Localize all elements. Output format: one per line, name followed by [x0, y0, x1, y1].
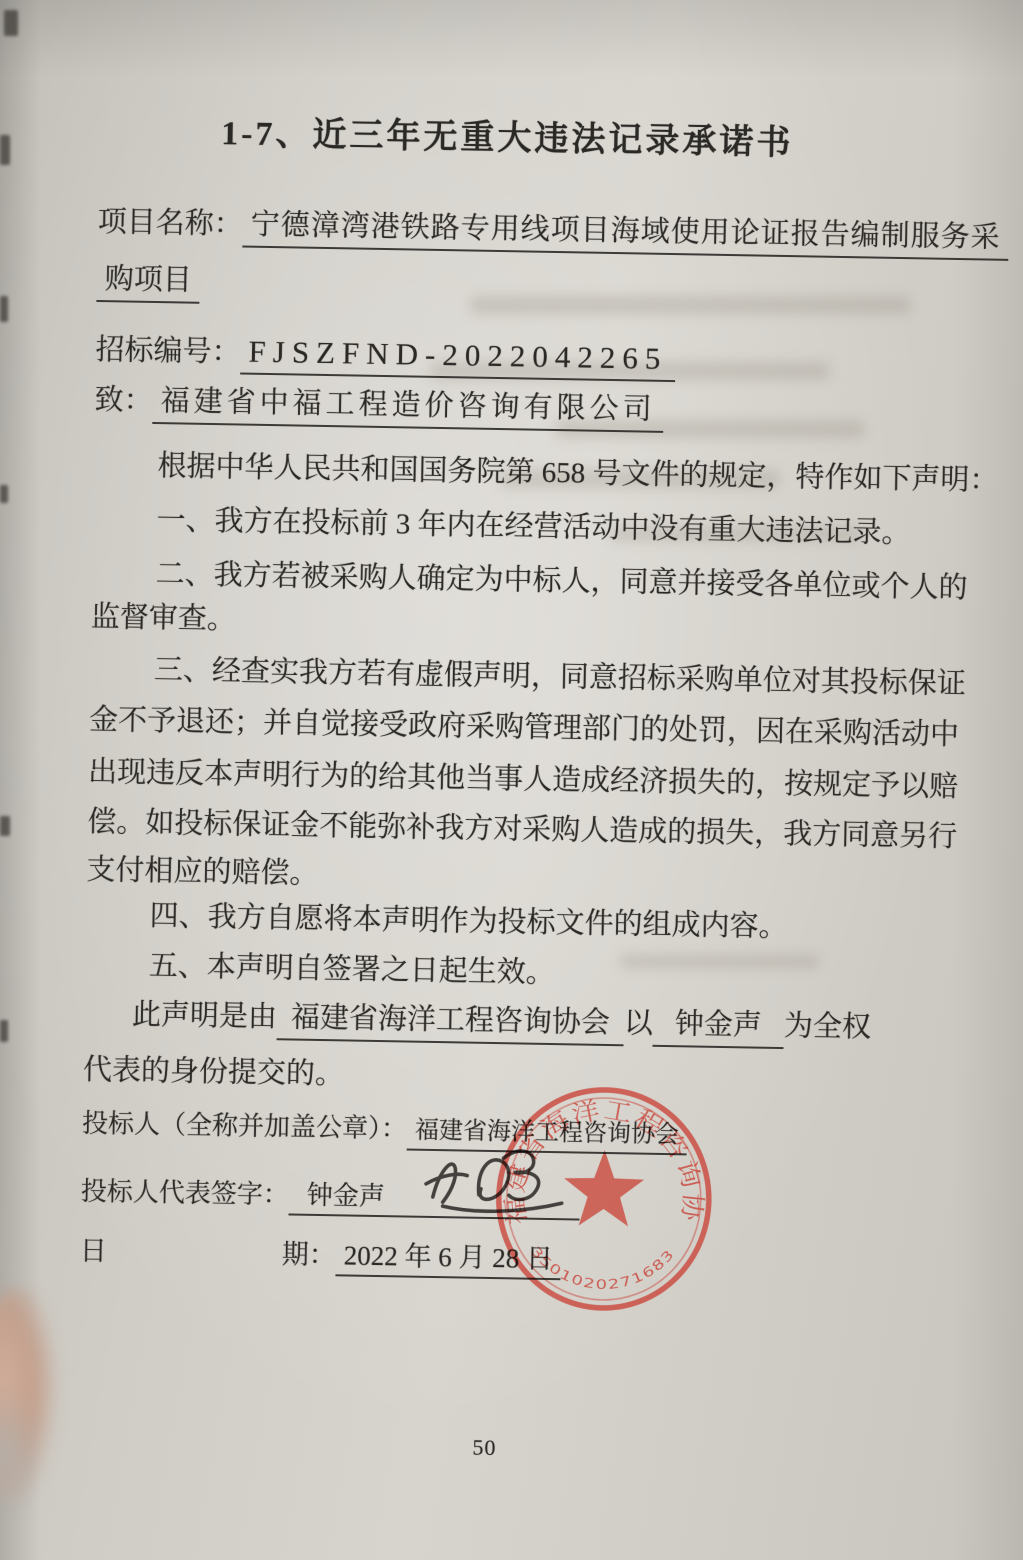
signature-printed-name: 钟金声: [307, 1181, 386, 1211]
clause-3-line1: 三、经查实我方若有虚假声明，同意招标采购单位对其投标保证: [154, 653, 966, 702]
edge-smudge-mark: [0, 1020, 8, 1042]
declaration-prefix: 此声明是由: [132, 999, 278, 1034]
addressee-value: 福建省中福工程造价咨询有限公司: [152, 384, 664, 433]
bid-number-label: 招标编号：: [95, 334, 241, 369]
edge-smudge-mark: [0, 296, 8, 322]
bidder-line: 投标人（全称并加盖公章）：福建省海洋工程咨询协会: [82, 1108, 688, 1155]
date-value: 2022 年 6 月 28 日: [335, 1239, 561, 1280]
declaration-suffix: 为全权: [784, 1010, 872, 1044]
clause-3-line4: 偿。如投标保证金不能弥补我方对采购人造成的损失，我方同意另行: [87, 805, 957, 855]
edge-smudge-mark: [0, 485, 8, 503]
declaration-line2: 代表的身份提交的。: [83, 1053, 345, 1092]
page-number: 50: [76, 1428, 892, 1469]
clause-5: 五、本声明自签署之日起生效。: [148, 949, 555, 991]
clause-3-line5: 支付相应的赔偿。: [86, 853, 319, 892]
declaration-org: 福建省海洋工程咨询协会: [277, 1000, 625, 1046]
project-name-line2: 购项目: [96, 262, 200, 304]
clause-2-line2: 监督审查。: [91, 600, 237, 637]
signature-line: 投标人代表签字：钟金声: [81, 1176, 581, 1221]
declaration-mid: 以: [624, 1007, 654, 1040]
clause-4: 四、我方自愿将本声明作为投标文件的组成内容。: [149, 899, 788, 945]
project-name-value-line2: 购项目: [96, 262, 200, 304]
signature-label: 投标人代表签字：: [81, 1177, 289, 1210]
clause-2-line1: 二、我方若被采购人确定为中标人，同意并接受各单位或个人的: [155, 557, 967, 606]
declaration-representative: 钟金声: [653, 1007, 785, 1049]
bid-number-line: 招标编号：FJSZFND-2022042265: [95, 330, 675, 382]
edge-smudge-mark: [0, 816, 10, 836]
clause-3-line3: 出现违反本声明行为的给其他当事人造成经济损失的，按规定予以赔: [88, 755, 958, 805]
photographed-document-page: { "title": "1-7、近三年无重大违法记录承诺书", "fields"…: [0, 0, 1023, 1560]
document-title: 1-7、近三年无重大违法记录承诺书: [99, 112, 916, 167]
edge-smudge-mark: [0, 135, 10, 165]
bid-number-value: FJSZFND-2022042265: [240, 332, 675, 382]
date-label-left: 日: [80, 1236, 108, 1266]
edge-smudge-mark: [4, 10, 18, 36]
signature-space: [385, 1205, 570, 1208]
clause-1: 一、我方在投标前 3 年内在经营活动中没有重大违法记录。: [156, 503, 911, 551]
bidder-label: 投标人（全称并加盖公章）：: [82, 1109, 407, 1144]
date-label-right: 期：: [282, 1239, 337, 1270]
date-line: 日期：2022 年 6 月 28 日: [79, 1235, 561, 1281]
document-content: 1-7、近三年无重大违法记录承诺书 项目名称：宁德漳湾港铁路专用线项目海域使用论…: [76, 95, 916, 1509]
signature-area: 钟金声: [288, 1179, 580, 1220]
addressee-line: 致：福建省中福工程造价咨询有限公司: [94, 383, 664, 433]
project-name-line: 项目名称：宁德漳湾港铁路专用线项目海域使用论证报告编制服务采: [97, 205, 1009, 261]
declaration-line: 此声明是由福建省海洋工程咨询协会以钟金声为全权: [132, 998, 872, 1051]
intro-paragraph: 根据中华人民共和国国务院第 658 号文件的规定，特作如下声明：: [157, 449, 998, 498]
project-name-label: 项目名称：: [98, 206, 244, 241]
date-gap: [107, 1260, 282, 1263]
project-name-value-line1: 宁德漳湾港铁路专用线项目海域使用论证报告编制服务采: [242, 208, 1009, 261]
clause-3-line2: 金不予退还；并自觉接受政府采购管理部门的处罚，因在采购活动中: [89, 703, 959, 753]
bidder-value: 福建省海洋工程咨询协会: [407, 1117, 688, 1156]
addressee-label: 致：: [94, 384, 153, 417]
